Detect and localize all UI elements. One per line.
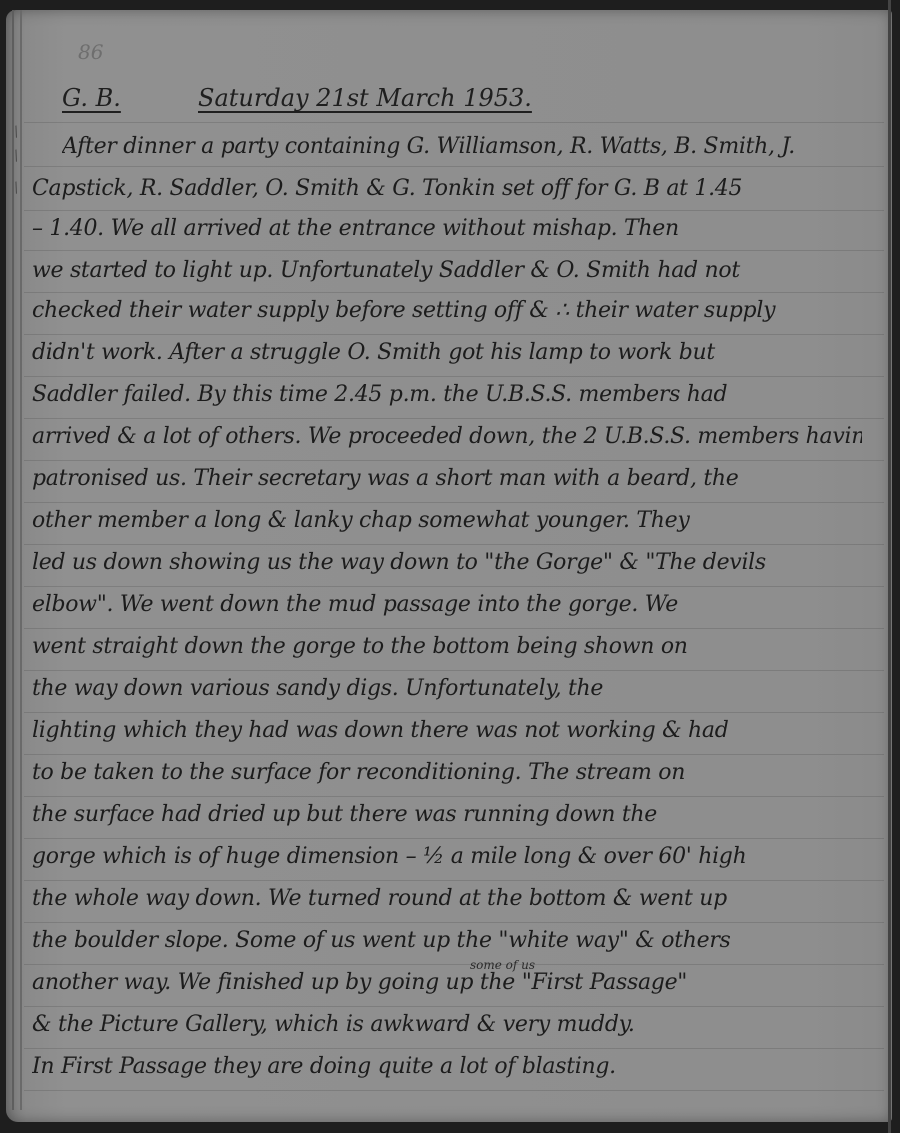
text-line: patronised us. Their secretary was a sho… — [32, 466, 862, 491]
entry-date: Saturday 21st March 1953. — [198, 84, 532, 112]
ruled-line — [24, 712, 884, 713]
text-line: went straight down the gorge to the bott… — [32, 634, 862, 659]
scanned-image: / / / 86 G. B. Saturday 21st March 1953.… — [0, 0, 900, 1133]
ruled-line — [24, 250, 884, 251]
text-line: led us down showing us the way down to "… — [32, 550, 862, 575]
text-line: the boulder slope. Some of us went up th… — [32, 928, 862, 953]
text-line: arrived & a lot of others. We proceeded … — [32, 424, 862, 449]
entry-location-code: G. B. — [62, 84, 121, 112]
text-line: we started to light up. Unfortunately Sa… — [32, 258, 862, 283]
text-line: & the Picture Gallery, which is awkward … — [32, 1012, 862, 1037]
text-line: After dinner a party containing G. Willi… — [62, 134, 892, 159]
ruled-line — [24, 502, 884, 503]
text-line: – 1.40. We all arrived at the entrance w… — [32, 216, 862, 241]
ruled-line — [24, 838, 884, 839]
binding-edge-line — [20, 10, 22, 1110]
text-line: the whole way down. We turned round at t… — [32, 886, 862, 911]
text-line: to be taken to the surface for reconditi… — [32, 760, 862, 785]
text-line: In First Passage they are doing quite a … — [32, 1054, 862, 1079]
ruled-line — [24, 880, 884, 881]
text-line: lighting which they had was down there w… — [32, 718, 862, 743]
text-line: other member a long & lanky chap somewha… — [32, 508, 862, 533]
text-line: another way. We finished up by going up … — [32, 970, 862, 995]
text-line: gorge which is of huge dimension – ½ a m… — [32, 844, 862, 869]
text-line: didn't work. After a struggle O. Smith g… — [32, 340, 862, 365]
ruled-line — [24, 292, 884, 293]
ruled-line — [24, 670, 884, 671]
ruled-line — [24, 1090, 884, 1091]
ruled-line — [24, 796, 884, 797]
ruled-line — [24, 1006, 884, 1007]
ruled-line — [24, 586, 884, 587]
ruled-line — [24, 1048, 884, 1049]
ruled-line — [24, 418, 884, 419]
text-line: the surface had dried up but there was r… — [32, 802, 862, 827]
page-number: 86 — [78, 40, 103, 64]
ruled-line — [24, 628, 884, 629]
text-line: checked their water supply before settin… — [32, 298, 862, 323]
ruled-line — [24, 544, 884, 545]
ruled-line — [24, 166, 884, 167]
text-line: the way down various sandy digs. Unfortu… — [32, 676, 862, 701]
ruled-line — [24, 922, 884, 923]
ruled-line — [24, 964, 884, 965]
text-line: elbow". We went down the mud passage int… — [32, 592, 862, 617]
ruled-line — [24, 122, 884, 123]
ruled-line — [24, 376, 884, 377]
ruled-line — [24, 460, 884, 461]
page-right-edge — [888, 0, 891, 1133]
text-line: Saddler failed. By this time 2.45 p.m. t… — [32, 382, 862, 407]
ruled-line — [24, 210, 884, 211]
text-line: Capstick, R. Saddler, O. Smith & G. Tonk… — [32, 176, 862, 201]
binding-edge-line — [12, 10, 14, 1110]
ruled-line — [24, 754, 884, 755]
ruled-line — [24, 334, 884, 335]
